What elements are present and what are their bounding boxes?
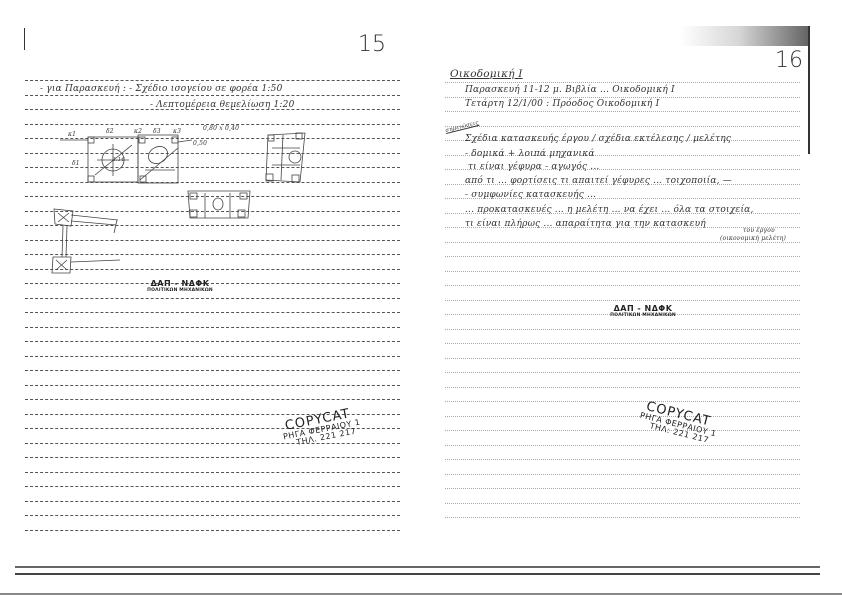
ruled-line [445, 358, 800, 360]
handwritten-line: από τι ... φορτίσεις τι απαιτεί γέφυρες … [465, 176, 732, 186]
handwritten-line: - συμφωνίες κατασκευής ... [465, 190, 596, 200]
handwritten-line: τι είναι γέφυρα - αγωγός ... [468, 162, 599, 172]
ruled-line [445, 82, 800, 84]
ruled-line [445, 430, 800, 432]
ruled-line [445, 387, 800, 389]
ruled-line [445, 126, 800, 128]
ruled-line [445, 503, 800, 505]
handwritten-line: ... προκατασκευές ... η μελέτη ... να έχ… [465, 205, 754, 215]
ruled-line [445, 329, 800, 331]
page-number-right: 16 [775, 48, 803, 73]
handwritten-line: του έργου [743, 227, 775, 234]
section-title: Οικοδομική Ι [450, 68, 523, 80]
stamp-line: ΠΟΛΙΤΙΚΩΝ ΜΗΧΑΝΙΚΩΝ [115, 288, 245, 293]
ruled-line [445, 416, 800, 418]
stamp-line: ΔΑΠ - ΝΔΦΚ [578, 304, 708, 313]
scan-binding-line [15, 566, 820, 568]
stamp-dap-ndfk: ΔΑΠ - ΝΔΦΚ ΠΟΛΙΤΙΚΩΝ ΜΗΧΑΝΙΚΩΝ [115, 279, 245, 293]
ruled-line [445, 372, 800, 374]
ruled-line [445, 488, 800, 490]
ruled-line [445, 343, 800, 345]
ruled-line [445, 242, 800, 244]
page-edge [808, 26, 810, 154]
ruled-line [445, 271, 800, 273]
handwritten-line: τι είναι πλήρως ... απαραίτητα για την κ… [465, 219, 706, 229]
ruled-line [445, 517, 800, 519]
left-page: 15 - για Παρασκευή : - Σχέδιο ισογείου σ… [0, 0, 421, 595]
ruled-line [445, 459, 800, 461]
ruled-line [445, 401, 800, 403]
stamp-line: ΔΑΠ - ΝΔΦΚ [115, 279, 245, 288]
scan-shadow [680, 26, 810, 46]
handwritten-line: (οικονομική μελέτη) [720, 235, 786, 242]
stamp-line: ΠΟΛΙΤΙΚΩΝ ΜΗΧΑΝΙΚΩΝ [578, 313, 708, 318]
foundation-sketch [0, 0, 421, 595]
ruled-line [445, 285, 800, 287]
ruled-line [445, 300, 800, 302]
handwritten-line: Τετάρτη 12/1/00 : Πρόοδος Οικοδομική Ι [465, 99, 659, 109]
ruled-line [445, 256, 800, 258]
handwritten-line: - δομικά + λοιπά μηχανικά [465, 149, 595, 159]
handwritten-line: Παρασκευή 11-12 μ. Βιβλία ... Οικοδομική… [465, 85, 675, 95]
stamp-dap-ndfk: ΔΑΠ - ΝΔΦΚ ΠΟΛΙΤΙΚΩΝ ΜΗΧΑΝΙΚΩΝ [578, 304, 708, 318]
handwritten-line: Σχέδια κατασκευής έργου / σχέδια εκτέλεσ… [465, 134, 731, 144]
ruled-line [445, 445, 800, 447]
ruled-line [445, 111, 800, 113]
scan-binding-line [15, 573, 820, 575]
ruled-line [445, 474, 800, 476]
